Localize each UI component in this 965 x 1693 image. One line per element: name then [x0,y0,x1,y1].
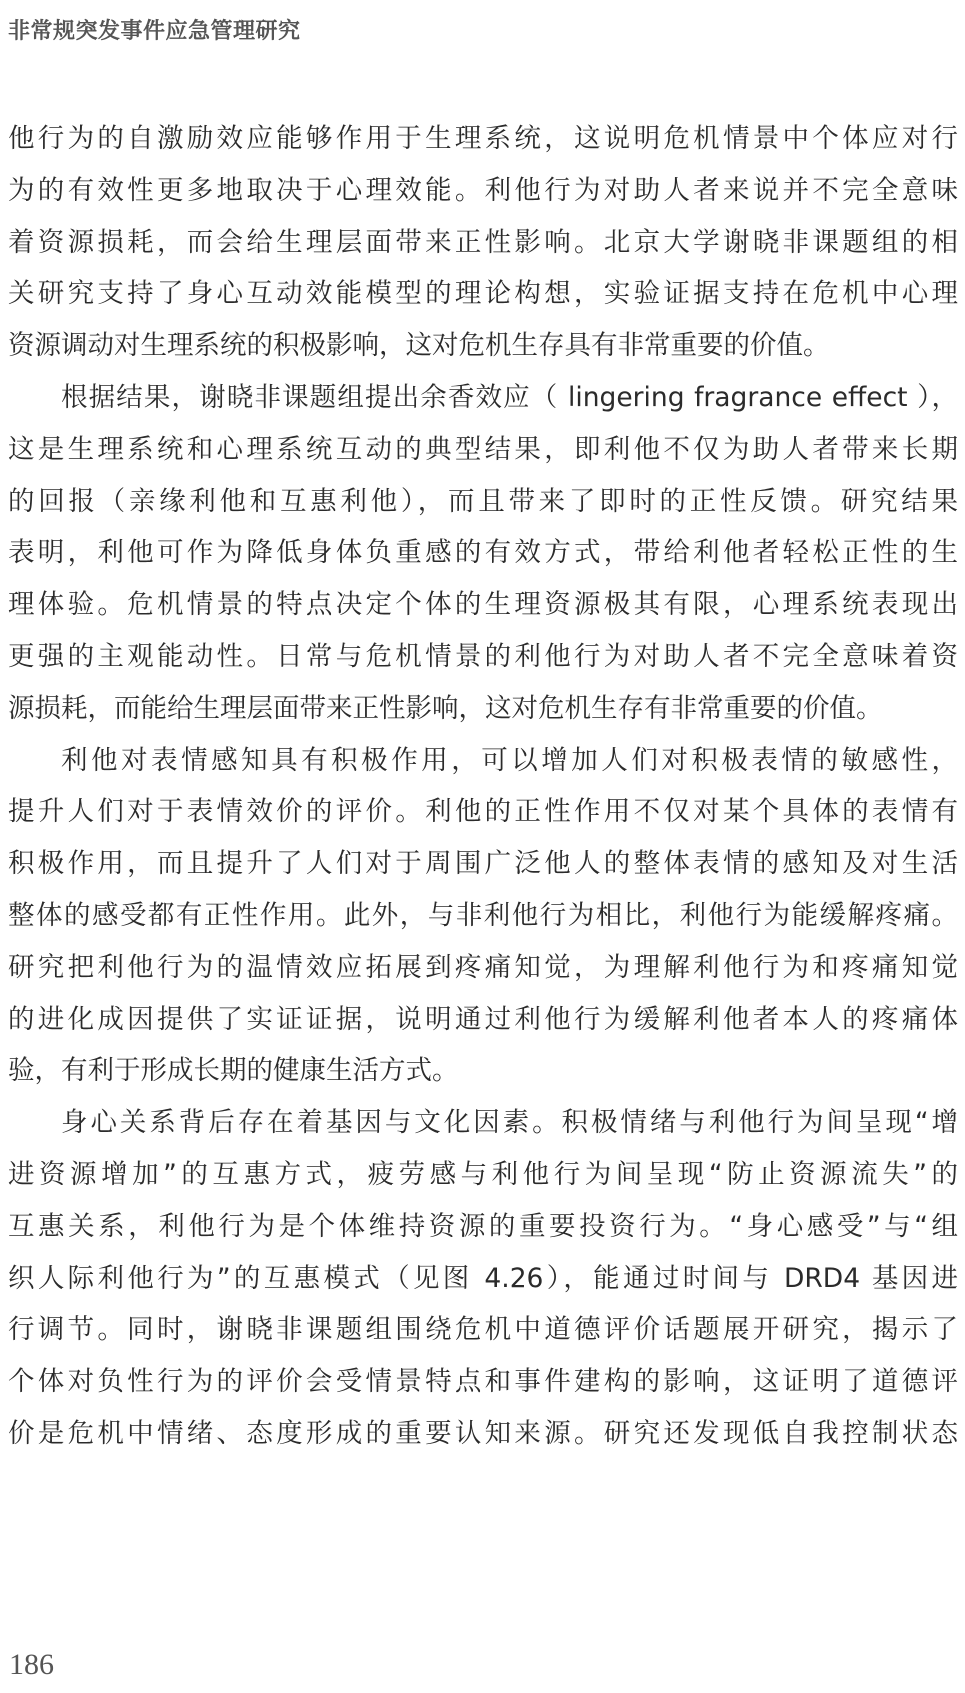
text-line: 理体验。危机情景的特点决定个体的生理资源极其有限，心理系统表现出 [8,579,958,631]
text-line: 更强的主观能动性。日常与危机情景的利他行为对助人者不完全意味着资 [8,631,958,683]
text-line: 整体的感受都有正性作用。此外，与非利他行为相比，利他行为能缓解疼痛。 [8,890,958,942]
text-line: 价是危机中情绪、态度形成的重要认知来源。研究还发现低自我控制状态 [8,1408,958,1460]
text-line: 资源调动对生理系统的积极影响，这对危机生存具有非常重要的价值。 [8,320,958,372]
text-line: 行调节。同时，谢晓非课题组围绕危机中道德评价话题展开研究，揭示了 [8,1304,958,1356]
text-line: 根据结果，谢晓非课题组提出余香效应（ lingering fragrance e… [8,372,958,424]
text-line: 表明，利他可作为降低身体负重感的有效方式，带给利他者轻松正性的生 [8,527,958,579]
text-line: 身心关系背后存在着基因与文化因素。积极情绪与利他行为间呈现“增 [8,1097,958,1149]
text-line: 研究把利他行为的温情效应拓展到疼痛知觉，为理解利他行为和疼痛知觉 [8,942,958,994]
text-line: 为的有效性更多地取决于心理效能。利他行为对助人者来说并不完全意味 [8,165,958,217]
text-line: 源损耗，而能给生理层面带来正性影响，这对危机生存有非常重要的价值。 [8,683,958,735]
text-line: 他行为的自激励效应能够作用于生理系统，这说明危机情景中个体应对行 [8,113,958,165]
page-number: 186 [9,1648,54,1682]
text-line: 织人际利他行为”的互惠模式（见图 4.26），能通过时间与 DRD4 基因进 [8,1253,958,1305]
text-line: 这是生理系统和心理系统互动的典型结果，即利他不仅为助人者带来长期 [8,424,958,476]
text-line: 积极作用，而且提升了人们对于周围广泛他人的整体表情的感知及对生活 [8,838,958,890]
text-line: 的回报（亲缘利他和互惠利他），而且带来了即时的正性反馈。研究结果 [8,476,958,528]
text-line: 提升人们对于表情效价的评价。利他的正性作用不仅对某个具体的表情有 [8,786,958,838]
body-text: 他行为的自激励效应能够作用于生理系统，这说明危机情景中个体应对行为的有效性更多地… [8,113,958,1460]
text-line: 验，有利于形成长期的健康生活方式。 [8,1045,958,1097]
running-head-book-title: 非常规突发事件应急管理研究 [8,14,301,45]
text-line: 互惠关系，利他行为是个体维持资源的重要投资行为。“身心感受”与“组 [8,1201,958,1253]
text-line: 个体对负性行为的评价会受情景特点和事件建构的影响，这证明了道德评 [8,1356,958,1408]
text-line: 的进化成因提供了实证证据，说明通过利他行为缓解利他者本人的疼痛体 [8,994,958,1046]
text-line: 进资源增加”的互惠方式，疲劳感与利他行为间呈现“防止资源流失”的 [8,1149,958,1201]
text-line: 关研究支持了身心互动效能模型的理论构想，实验证据支持在危机中心理 [8,268,958,320]
text-line: 着资源损耗，而会给生理层面带来正性影响。北京大学谢晓非课题组的相 [8,217,958,269]
text-line: 利他对表情感知具有积极作用，可以增加人们对积极表情的敏感性， [8,735,958,787]
